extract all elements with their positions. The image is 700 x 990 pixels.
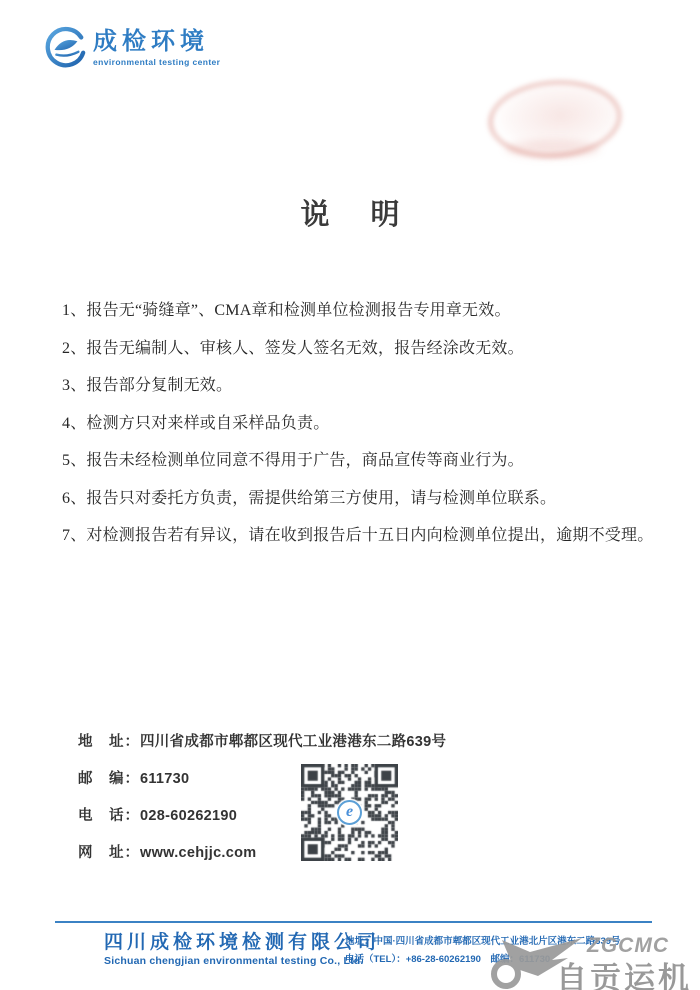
qr-code: e [301,764,398,861]
logo-subtitle: environmental testing center [93,57,220,67]
watermark-brand-cn: 自贡运机 [556,953,692,990]
contact-value: 028-60262190 [140,808,237,824]
logo: 成检环境 environmental testing center [44,26,220,68]
document-page: 成检环境 environmental testing center 说 明 1、… [0,0,700,990]
company-name-en: Sichuan chengjian environmental testing … [104,955,380,968]
qr-center-logo: e [337,800,362,825]
note-item-4: 4、检测方只对来样或自采样品负责。 [62,414,664,434]
page-title: 说 明 [0,192,700,233]
note-item-2: 2、报告无编制人、审核人、签发人签名无效，报告经涂改无效。 [62,339,664,359]
qr-logo-letter: e [346,804,353,820]
contact-row-address: 地 址：四川省成都市郫都区现代工业港港东二路639号 [78,734,446,750]
footer-divider [55,921,652,923]
contact-value: 611730 [140,771,189,787]
note-item-5: 5、报告未经检测单位同意不得用于广告，商品宣传等商业行为。 [62,451,664,471]
note-item-7: 7、对检测报告若有异议，请在收到报告后十五日内向检测单位提出，逾期不受理。 [62,526,664,546]
logo-text-block: 成检环境 environmental testing center [93,26,220,67]
red-seal-smudge [505,140,600,158]
logo-text: 成检环境 [93,29,220,55]
note-item-1: 1、报告无“骑缝章”、CMA章和检测单位检测报告专用章无效。 [62,301,664,321]
footer-company: 四川成检环境检测有限公司 Sichuan chengjian environme… [104,932,380,968]
logo-e-icon [44,26,86,68]
contact-label: 地 址： [78,734,140,750]
company-name-cn: 四川成检环境检测有限公司 [104,932,380,953]
contact-value: www.cehjjc.com [140,845,256,861]
contact-label: 邮 编： [78,771,140,787]
note-item-3: 3、报告部分复制无效。 [62,376,664,396]
watermark: ZGCMC 自贡运机 [490,928,700,990]
contact-label: 网 址： [78,845,140,861]
contact-value: 四川省成都市郫都区现代工业港港东二路639号 [140,734,446,750]
notes-list: 1、报告无“骑缝章”、CMA章和检测单位检测报告专用章无效。 2、报告无编制人、… [62,301,664,564]
contact-label: 电 话： [78,808,140,824]
note-item-6: 6、报告只对委托方负责，需提供给第三方使用，请与检测单位联系。 [62,489,664,509]
